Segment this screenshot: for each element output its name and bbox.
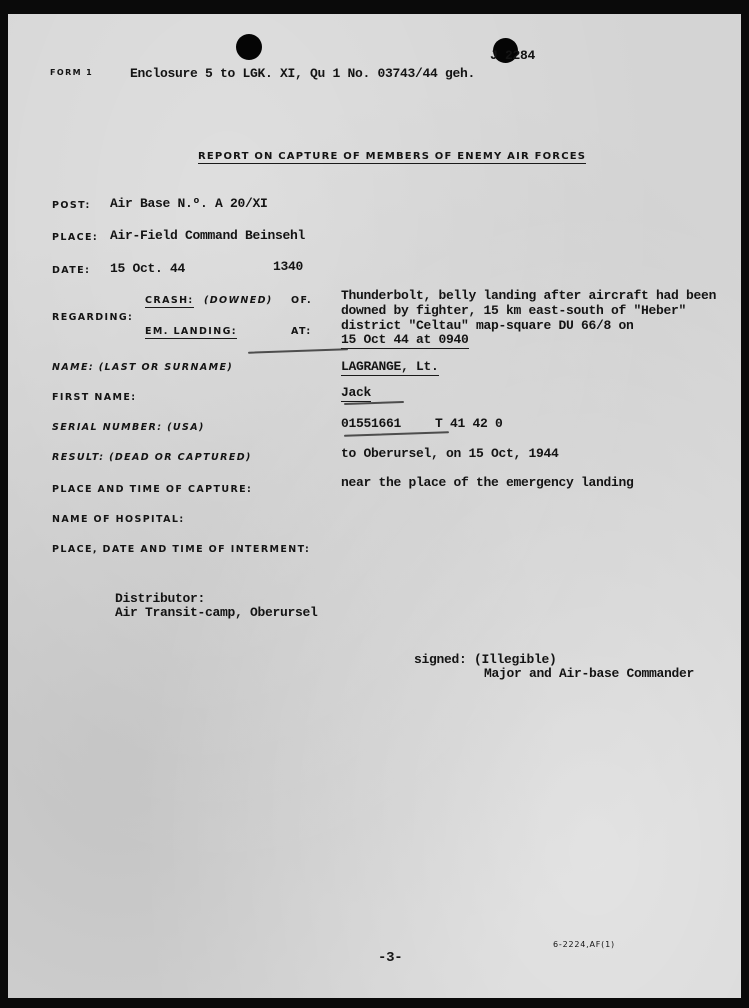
- page-number: -3-: [378, 950, 402, 966]
- distributor-label: Distributor:: [115, 591, 205, 606]
- serial-label: SERIAL NUMBER: (USA): [52, 422, 205, 433]
- result-label: RESULT: (DEAD OR CAPTURED): [52, 452, 252, 463]
- result-value: to Oberursel, on 15 Oct, 1944: [341, 446, 559, 461]
- punch-hole: [236, 34, 262, 60]
- serial-extra: T 41 42 0: [435, 416, 503, 431]
- distributor-value: Air Transit-camp, Oberursel: [115, 605, 318, 620]
- surname-label: NAME: (LAST OR SURNAME): [52, 362, 233, 373]
- capture-value: near the place of the emergency landing: [341, 475, 634, 490]
- signed-line: signed: (Illegible): [414, 652, 557, 667]
- footer-reference: 6-2224,AF(1): [553, 940, 615, 949]
- regarding-line-4: 15 Oct 44 at 0940: [341, 332, 469, 349]
- underline-smear: [248, 348, 348, 353]
- crash-label: CRASH:: [145, 295, 194, 308]
- regarding-line-3: district "Celtau" map-square DU 66/8 on: [341, 318, 634, 333]
- regarding-label: REGARDING:: [52, 312, 133, 323]
- first-name-value: Jack: [341, 385, 371, 402]
- form-label: FORM 1: [50, 68, 93, 77]
- interment-label: PLACE, DATE AND TIME OF INTERMENT:: [52, 544, 310, 555]
- of-label: OF.: [291, 295, 312, 306]
- surname-value: LAGRANGE, Lt.: [341, 359, 439, 376]
- post-label: POST:: [52, 200, 91, 211]
- document-number: J 2284: [490, 48, 535, 63]
- place-label: PLACE:: [52, 232, 98, 243]
- time-value: 1340: [273, 259, 303, 274]
- place-value: Air-Field Command Beinsehl: [110, 228, 305, 243]
- serial-value: 01551661: [341, 416, 401, 431]
- capture-label: PLACE AND TIME OF CAPTURE:: [52, 484, 252, 495]
- crash-note: (DOWNED): [204, 295, 273, 306]
- report-title: REPORT ON CAPTURE OF MEMBERS OF ENEMY AI…: [198, 151, 586, 164]
- date-label: DATE:: [52, 265, 90, 276]
- emergency-landing-label: EM. LANDING:: [145, 326, 237, 339]
- first-name-label: FIRST NAME:: [52, 392, 136, 403]
- post-value: Air Base N.º. A 20/XI: [110, 196, 268, 211]
- regarding-line-2: downed by fighter, 15 km east-south of "…: [341, 303, 686, 318]
- regarding-line-1: Thunderbolt, belly landing after aircraf…: [341, 288, 716, 303]
- at-label: AT:: [291, 326, 312, 337]
- underline-smear: [344, 431, 449, 437]
- signatory-title: Major and Air-base Commander: [484, 666, 694, 681]
- date-value: 15 Oct. 44: [110, 261, 185, 276]
- document-page: FORM 1 Enclosure 5 to LGK. XI, Qu 1 No. …: [8, 14, 741, 998]
- enclosure-line: Enclosure 5 to LGK. XI, Qu 1 No. 03743/4…: [130, 66, 475, 81]
- hospital-label: NAME OF HOSPITAL:: [52, 514, 185, 525]
